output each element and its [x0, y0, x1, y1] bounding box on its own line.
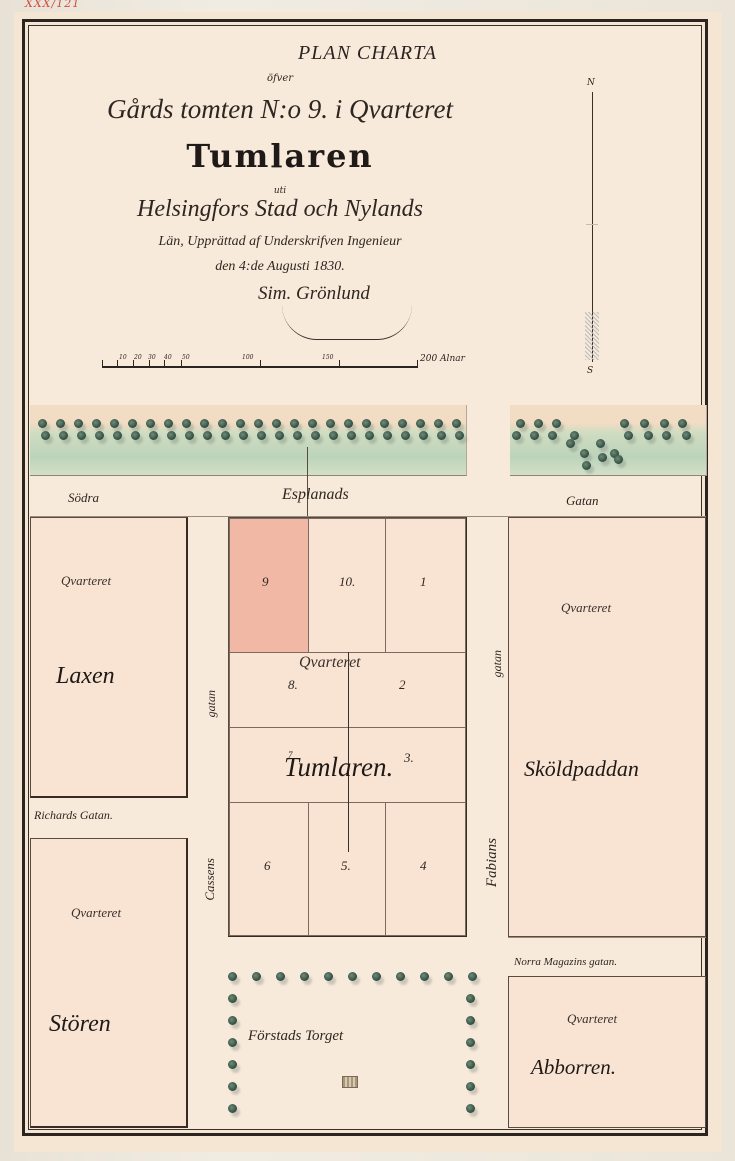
tree-icon	[552, 419, 561, 428]
tree-icon	[365, 431, 374, 440]
scale-tick	[164, 360, 165, 368]
quarter-tumlaren: 9 10. 1 8. 2 7 3. 6 5. 4 Qvarteret Tumla…	[228, 517, 467, 937]
lot-number: 1	[420, 574, 427, 590]
title-subject: Gårds tomten N:o 9. i Qvarteret	[0, 94, 560, 125]
tree-icon	[640, 419, 649, 428]
street-label-gatan: Gatan	[566, 493, 599, 509]
tree-icon	[534, 419, 543, 428]
tree-icon	[203, 431, 212, 440]
tree-icon	[276, 972, 285, 981]
forstads-torget-square: Förstads Torget	[228, 968, 472, 1128]
tree-icon	[113, 431, 122, 440]
scale-tick	[117, 360, 118, 368]
lot-number: 9	[262, 574, 269, 590]
tree-icon	[167, 431, 176, 440]
tree-icon	[372, 972, 381, 981]
scale-label: 50	[182, 354, 190, 361]
tree-icon	[228, 1082, 237, 1091]
tree-icon	[275, 431, 284, 440]
tree-icon	[326, 419, 335, 428]
tree-icon	[466, 1104, 475, 1113]
tree-icon	[401, 431, 410, 440]
scale-label: 20	[134, 354, 142, 361]
quarter-abborren: Qvarteret Abborren.	[508, 976, 706, 1128]
tree-icon	[468, 972, 477, 981]
tree-icon	[272, 419, 281, 428]
lot-number: 6	[264, 858, 271, 874]
lot-6[interactable]: 6	[229, 802, 309, 936]
tree-icon	[582, 461, 591, 470]
tree-icon	[466, 1038, 475, 1047]
tree-icon	[293, 431, 302, 440]
quarter-name-laxen: Laxen	[56, 663, 115, 690]
tree-icon	[682, 431, 691, 440]
street-label-cassens-gatan-part: gatan	[204, 690, 219, 717]
tree-icon	[290, 419, 299, 428]
tree-icon	[530, 431, 539, 440]
quarter-label: Qvarteret	[299, 654, 361, 672]
map-title: PLAN CHARTA	[0, 42, 735, 65]
tree-icon	[164, 419, 173, 428]
tree-icon	[662, 431, 671, 440]
tree-icon	[239, 431, 248, 440]
scale-tick	[339, 360, 340, 368]
square-name: Förstads Torget	[248, 1028, 343, 1045]
tree-icon	[324, 972, 333, 981]
quarter-label: Qvarteret	[561, 600, 611, 616]
lot-number: 4	[420, 858, 427, 874]
tree-icon	[311, 431, 320, 440]
tree-icon	[128, 419, 137, 428]
tree-icon	[596, 439, 605, 448]
tree-icon	[236, 419, 245, 428]
signature-flourish	[282, 305, 412, 340]
lot-5[interactable]: 5.	[308, 802, 386, 936]
surveyor-signature: Sim. Grönlund	[258, 283, 370, 305]
tree-icon	[252, 972, 261, 981]
tree-icon	[308, 419, 317, 428]
tree-icon	[678, 419, 687, 428]
tree-icon	[347, 431, 356, 440]
quarter-name-tumlaren: Tumlaren.	[284, 752, 393, 783]
lot-number: 5.	[341, 858, 351, 874]
scale-label: 150	[322, 354, 333, 361]
tree-icon	[348, 972, 357, 981]
tree-icon	[228, 1016, 237, 1025]
quarter-laxen: Qvarteret Laxen	[30, 517, 188, 798]
tree-icon	[452, 419, 461, 428]
tree-icon	[624, 431, 633, 440]
title-city: Helsingfors Stad och Nylands	[0, 196, 560, 223]
quarter-label: Qvarteret	[71, 905, 121, 921]
tree-icon	[614, 455, 623, 464]
tree-icon	[228, 1104, 237, 1113]
street-label-norra-magazins-gatan: Norra Magazins gatan.	[514, 956, 617, 968]
street-label-richards-gatan: Richards Gatan.	[34, 808, 113, 823]
title-author-line: Län, Upprättad af Underskrifven Ingenieu…	[0, 234, 560, 250]
tree-icon	[92, 419, 101, 428]
lot-10[interactable]: 10.	[308, 518, 386, 653]
esplanade-park-west	[30, 405, 467, 476]
tree-icon	[466, 1016, 475, 1025]
tree-icon	[257, 431, 266, 440]
tree-icon	[396, 972, 405, 981]
tree-icon	[200, 419, 209, 428]
tree-icon	[419, 431, 428, 440]
scale-label: 30	[148, 354, 156, 361]
scale-label-200: 200	[420, 354, 437, 364]
tree-icon	[434, 419, 443, 428]
tree-icon	[516, 419, 525, 428]
scale-unit-label: Alnar	[440, 354, 465, 364]
tree-icon	[110, 419, 119, 428]
quarter-name-abborren: Abborren.	[531, 1055, 616, 1080]
lot-number: 8.	[288, 677, 298, 693]
tree-icon	[59, 431, 68, 440]
tree-icon	[228, 1060, 237, 1069]
tree-icon	[416, 419, 425, 428]
tree-icon	[254, 419, 263, 428]
quarter-name-storen: Stören	[49, 1011, 111, 1038]
tree-icon	[149, 431, 158, 440]
compass-arrow-fletching-icon	[585, 312, 599, 360]
quarter-skoldpaddan: Qvarteret Sköldpaddan	[508, 517, 706, 937]
tree-icon	[512, 431, 521, 440]
compass-north-label: N	[587, 78, 595, 88]
scale-unit: 200 Alnar	[420, 354, 465, 364]
street-label-fabians: Fabians	[484, 838, 501, 887]
tree-icon	[182, 419, 191, 428]
compass-crossline	[586, 224, 598, 225]
tree-icon	[74, 419, 83, 428]
tree-icon	[380, 419, 389, 428]
scale-tick	[133, 360, 134, 368]
scale-tick	[149, 360, 150, 368]
tree-icon	[56, 419, 65, 428]
esplanade-park-east	[510, 405, 707, 476]
tree-icon	[185, 431, 194, 440]
street-label-cassens: Cassens	[202, 858, 218, 901]
lot-number: 2	[399, 677, 406, 693]
lot-4[interactable]: 4	[385, 802, 466, 936]
tree-icon	[420, 972, 429, 981]
tree-icon	[383, 431, 392, 440]
tree-icon	[466, 994, 475, 1003]
accession-mark: XXX/121	[25, 0, 80, 10]
tree-icon	[228, 972, 237, 981]
tree-icon	[437, 431, 446, 440]
tree-icon	[566, 439, 575, 448]
compass-south-label: S	[587, 366, 593, 376]
tree-icon	[218, 419, 227, 428]
tree-icon	[620, 419, 629, 428]
tree-icon	[444, 972, 453, 981]
tree-icon	[131, 431, 140, 440]
tree-icon	[228, 1038, 237, 1047]
tree-icon	[580, 449, 589, 458]
tree-icon	[95, 431, 104, 440]
tree-icon	[455, 431, 464, 440]
tree-icon	[598, 453, 607, 462]
tree-icon	[398, 419, 407, 428]
street-label-esplanads: Esplanads	[282, 486, 349, 504]
tree-icon	[362, 419, 371, 428]
street-label-fabians-gatan-part: gatan	[490, 650, 505, 677]
tree-icon	[228, 994, 237, 1003]
tree-icon	[466, 1060, 475, 1069]
scale-bar: 10 20 30 40 50 100 150	[102, 366, 418, 368]
tree-icon	[221, 431, 230, 440]
scale-tick	[102, 360, 103, 368]
tree-icon	[644, 431, 653, 440]
tree-icon	[77, 431, 86, 440]
scale-label: 10	[119, 354, 127, 361]
lot-number: 3.	[404, 750, 414, 766]
tree-icon	[344, 419, 353, 428]
title-quarter-name: Tumlaren	[0, 137, 560, 175]
scale-label: 40	[164, 354, 172, 361]
tree-icon	[466, 1082, 475, 1091]
quarter-label: Qvarteret	[567, 1011, 617, 1027]
lot-number: 10.	[339, 574, 355, 590]
title-date: den 4:de Augusti 1830.	[0, 259, 560, 275]
quarter-label: Qvarteret	[61, 573, 111, 589]
lot-1[interactable]: 1	[385, 518, 466, 653]
lot-2[interactable]: 2	[348, 652, 466, 728]
tree-icon	[300, 972, 309, 981]
tree-icon	[660, 419, 669, 428]
lot-9-highlighted[interactable]: 9	[229, 518, 309, 653]
tree-icon	[146, 419, 155, 428]
monument-icon	[342, 1076, 358, 1088]
scale-tick	[181, 360, 182, 368]
title-ofver: öfver	[0, 73, 560, 84]
title-uti: uti	[0, 186, 560, 196]
scale-tick	[260, 360, 261, 368]
tree-icon	[548, 431, 557, 440]
tree-icon	[329, 431, 338, 440]
tree-icon	[41, 431, 50, 440]
street-label-sodra: Södra	[68, 490, 99, 506]
scale-tick	[417, 360, 418, 368]
street-edge-line	[508, 937, 706, 938]
scale-label: 100	[242, 354, 253, 361]
quarter-name-skoldpaddan: Sköldpaddan	[524, 756, 639, 782]
quarter-storen: Qvarteret Stören	[30, 838, 188, 1128]
tree-icon	[38, 419, 47, 428]
